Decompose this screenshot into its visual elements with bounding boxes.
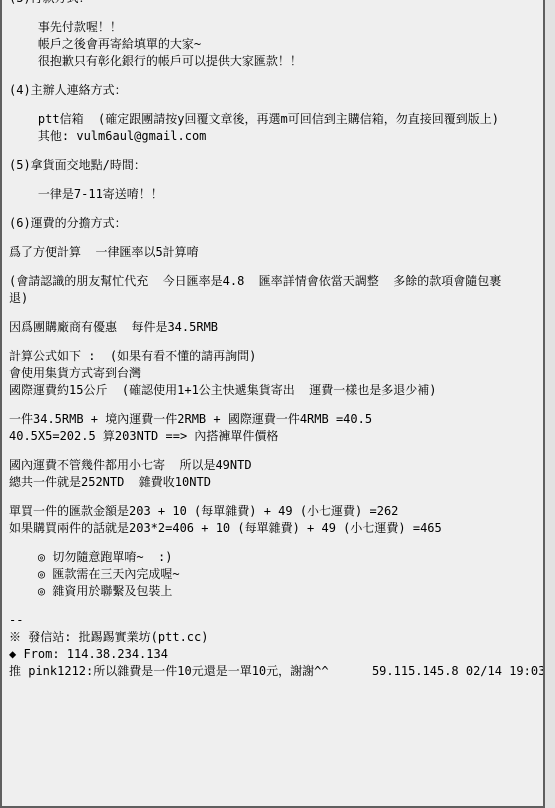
bullet-reminder-line: ◎ 切勿隨意跑單唷~ :) [9,549,543,566]
blank-line [9,232,543,244]
blank-line [9,70,543,82]
post-line: 因爲團購廠商有優惠 每件是34.5RMB [9,319,543,336]
section-heading-pickup: (5)拿貨面交地點/時間： [9,157,543,174]
post-line: 帳戶之後會再寄給填單的大家~ [9,36,543,53]
bullet-reminder-line: ◎ 匯款需在三天內完成喔~ [9,566,543,583]
post-line: (會請認識的朋友幫忙代充 今日匯率是4.8 匯率詳情會依當天調整 多餘的款項會隨… [9,273,543,290]
section-heading-payment: (3)付款方式： [9,0,543,7]
blank-line [9,336,543,348]
post-line: 國際運費約15公斤 (確認使用1+1公主快遞集貨寄出 運費一樣也是多退少補) [9,382,543,399]
post-line: ptt信箱 (確定跟團請按y回覆文章後，再選m可回信到主購信箱，勿直接回覆到版上… [9,111,543,128]
blank-line [9,261,543,273]
push-comment-line: 推 pink1212:所以雜費是一件10元還是一單10元，謝謝^^ 59.115… [9,663,543,678]
section-heading-contact: (4)主辦人連絡方式： [9,82,543,99]
blank-line [9,307,543,319]
blank-line [9,145,543,157]
post-body: (3)付款方式： 事先付款喔！！ 帳戶之後會再寄給填單的大家~ 很抱歉只有彰化銀… [2,0,543,678]
price-formula-line: 40.5X5=202.5 算203NTD ==> 內搭褲單件價格 [9,428,543,445]
price-formula-line: 一件34.5RMB + 境內運費一件2RMB + 國際運費一件4RMB =40.… [9,411,543,428]
blank-line [9,491,543,503]
price-formula-line: 如果購買兩件的話就是203*2=406 + 10 (每單雜費) + 49 (小七… [9,520,543,537]
origin-site-line: ※ 發信站: 批踢踢實業坊(ptt.cc) [9,629,543,646]
post-line: 會使用集貨方式寄到台灣 [9,365,543,382]
blank-line [9,174,543,186]
post-line: 計算公式如下 : (如果有看不懂的請再詢問) [9,348,543,365]
signature-separator: -- [9,612,543,629]
blank-line [9,399,543,411]
post-line: 退) [9,290,543,307]
bullet-reminder-line: ◎ 雜資用於聯繫及包裝上 [9,583,543,600]
post-line: 很抱歉只有彰化銀行的帳戶可以提供大家匯款！！ [9,53,543,70]
post-line: 爲了方便計算 一律匯率以5計算唷 [9,244,543,261]
blank-line [9,99,543,111]
post-line: 國內運費不管幾件都用小七寄 所以是49NTD [9,457,543,474]
blank-line [9,445,543,457]
blank-line [9,537,543,549]
bbs-post-panel: (3)付款方式： 事先付款喔！！ 帳戶之後會再寄給填單的大家~ 很抱歉只有彰化銀… [0,0,545,678]
post-line: 事先付款喔！！ [9,19,543,36]
section-heading-shipping: (6)運費的分擔方式： [9,215,543,232]
post-line: 一律是7-11寄送唷！！ [9,186,543,203]
blank-line [9,600,543,612]
blank-line [9,203,543,215]
blank-line [9,7,543,19]
price-formula-line: 單買一件的匯款金額是203 + 10 (每單雜費) + 49 (小七運費) =2… [9,503,543,520]
post-line: 總共一件就是252NTD 雜費收10NTD [9,474,543,491]
contact-email-line: 其他: vulm6aul@gmail.com [9,128,543,145]
from-ip-line: ◆ From: 114.38.234.134 [9,646,543,663]
